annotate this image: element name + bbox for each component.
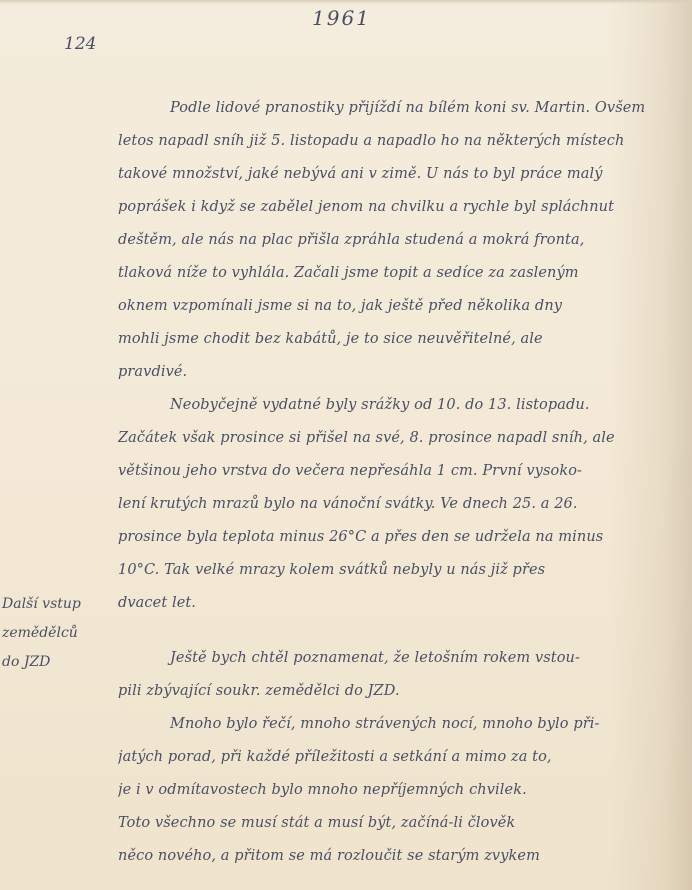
- text-line: Podle lidové pranostiky přijíždí na bílé…: [118, 92, 678, 125]
- text-line: oknem vzpomínali jsme si na to, jak ješt…: [118, 290, 678, 323]
- text-line: takové množství, jaké nebývá ani v zimě.…: [118, 158, 678, 191]
- text-line: je i v odmítavostech bylo mnoho nepříjem…: [118, 774, 678, 807]
- text-line: prosince byla teplota minus 26°C a přes …: [118, 521, 678, 554]
- year-heading: 1961: [312, 6, 371, 30]
- text-line: Neobyčejně vydatné byly srážky od 10. do…: [118, 389, 678, 422]
- text-line: pili zbývající soukr. zemědělci do JZD.: [118, 675, 678, 708]
- text-line: lení krutých mrazů bylo na vánoční svátk…: [118, 488, 678, 521]
- margin-note: Další vstup zemědělců do JZD: [2, 590, 102, 677]
- text-line: většinou jeho vrstva do večera nepřesáhl…: [118, 455, 678, 488]
- text-line: Začátek však prosince si přišel na své, …: [118, 422, 678, 455]
- margin-note-line: do JZD: [2, 648, 102, 677]
- margin-note-line: zemědělců: [2, 619, 102, 648]
- text-line: pravdivé.: [118, 356, 678, 389]
- chronicle-page: 1961 124 Podle lidové pranostiky přijížd…: [0, 0, 692, 890]
- text-line: Toto všechno se musí stát a musí být, za…: [118, 807, 678, 840]
- text-line: tlaková níže to vyhlála. Začali jsme top…: [118, 257, 678, 290]
- page-number: 124: [64, 34, 96, 54]
- text-line: 10°C. Tak velké mrazy kolem svátků nebyl…: [118, 554, 678, 587]
- text-line: poprášek i když se zabělel jenom na chvi…: [118, 191, 678, 224]
- text-line: jatých porad, při každé příležitosti a s…: [118, 741, 678, 774]
- text-line: Mnoho bylo řečí, mnoho strávených nocí, …: [118, 708, 678, 741]
- page-edge: [0, 0, 692, 4]
- text-line: Ještě bych chtěl poznamenat, že letošním…: [118, 642, 678, 675]
- text-line: mohli jsme chodit bez kabátů, je to sice…: [118, 323, 678, 356]
- paragraph-gap: [118, 620, 678, 642]
- text-line: dvacet let.: [118, 587, 678, 620]
- text-line: něco nového, a přitom se má rozloučit se…: [118, 840, 678, 873]
- margin-note-line: Další vstup: [2, 590, 102, 619]
- text-line: deštěm, ale nás na plac přišla zpráhla s…: [118, 224, 678, 257]
- text-line: letos napadl sníh již 5. listopadu a nap…: [118, 125, 678, 158]
- handwritten-body: Podle lidové pranostiky přijíždí na bílé…: [118, 92, 678, 873]
